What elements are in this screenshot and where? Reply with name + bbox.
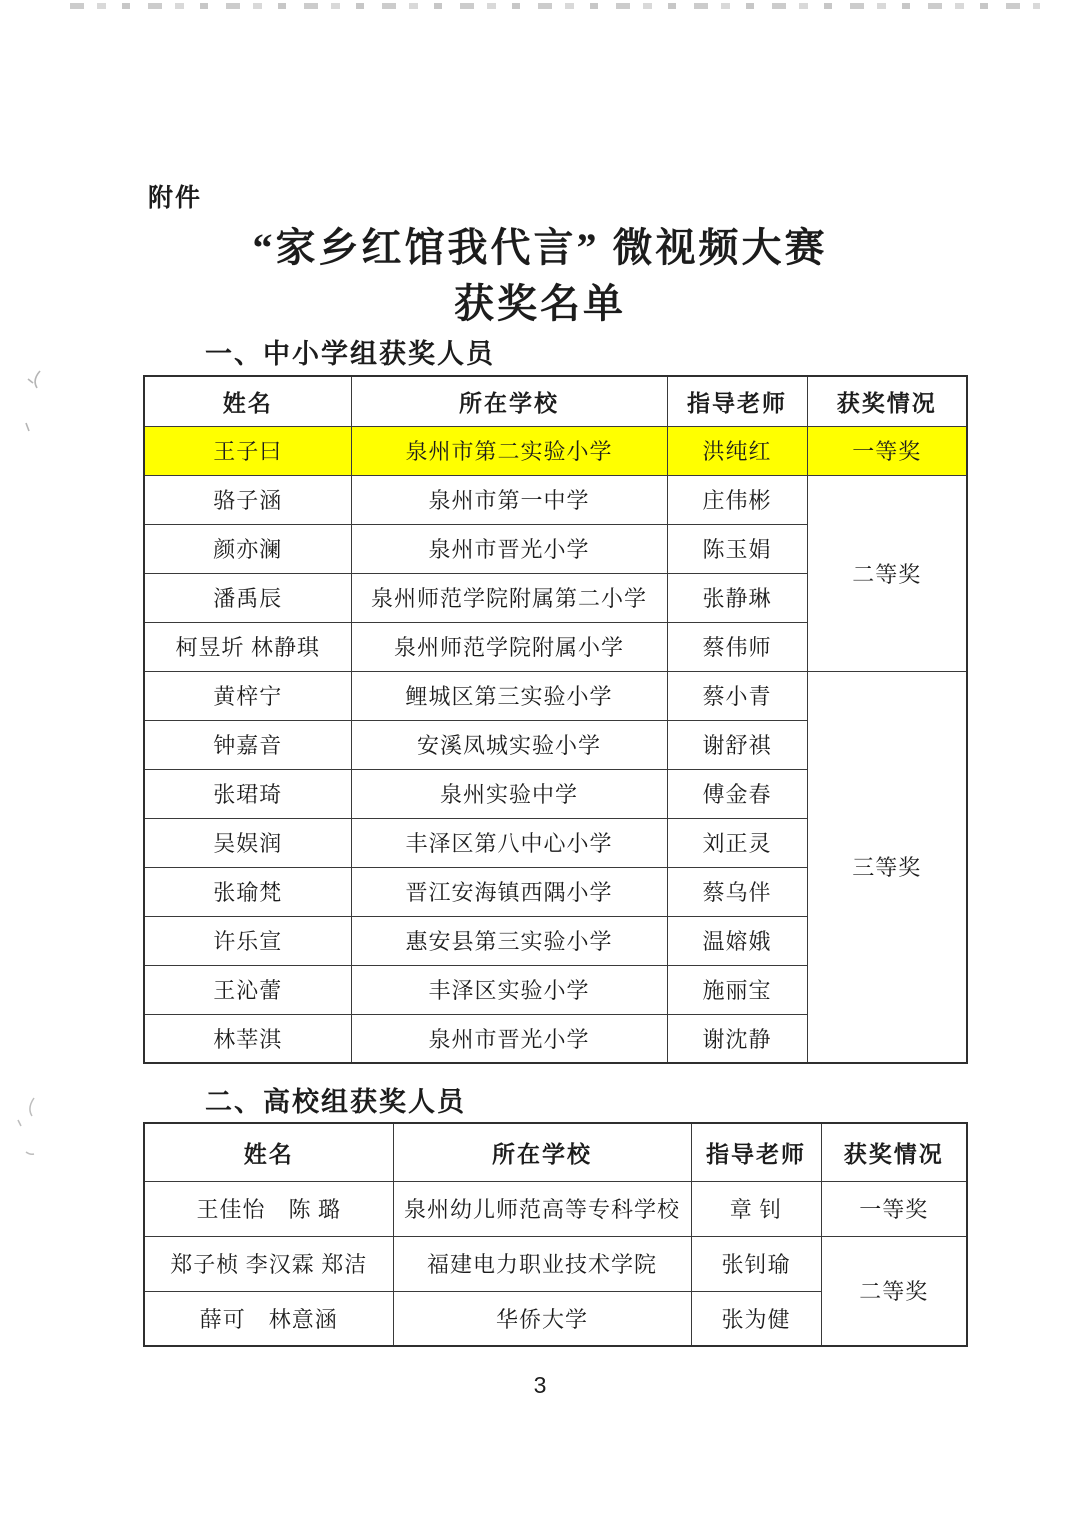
teacher-cell: 蔡乌伴 <box>667 867 807 916</box>
document-title-line1: “家乡红馆我代言” 微视频大赛 <box>0 216 1080 273</box>
table-header: 姓名所在学校指导老师获奖情况 <box>144 1123 967 1181</box>
award-cell: 一等奖 <box>821 1181 967 1236</box>
teacher-cell: 傅金春 <box>667 769 807 818</box>
section-1-heading: 一、中小学组获奖人员 <box>205 332 495 371</box>
name-cell: 郑子桢 李汉霖 郑洁 <box>144 1236 393 1291</box>
scan-noise-band <box>70 3 1040 9</box>
table-row: 王佳怡 陈 璐泉州幼儿师范高等专科学校章 钊一等奖 <box>144 1181 967 1236</box>
award-cell: 一等奖 <box>807 426 967 475</box>
teacher-cell: 温嫆娥 <box>667 916 807 965</box>
school-cell: 晋江安海镇西隅小学 <box>351 867 667 916</box>
teacher-cell: 谢沈静 <box>667 1014 807 1063</box>
teacher-cell: 陈玉娟 <box>667 524 807 573</box>
award-cell: 三等奖 <box>807 671 967 1063</box>
teacher-cell: 蔡小青 <box>667 671 807 720</box>
table-row: 黄梓宁鲤城区第三实验小学蔡小青三等奖 <box>144 671 967 720</box>
teacher-cell: 章 钊 <box>691 1181 821 1236</box>
school-cell: 泉州市第一中学 <box>351 475 667 524</box>
name-cell: 骆子涵 <box>144 475 351 524</box>
name-cell: 许乐宣 <box>144 916 351 965</box>
header-row: 姓名所在学校指导老师获奖情况 <box>144 376 967 426</box>
school-cell: 泉州实验中学 <box>351 769 667 818</box>
name-cell: 张珺琦 <box>144 769 351 818</box>
award-cell: 二等奖 <box>807 475 967 671</box>
school-cell: 丰泽区第八中心小学 <box>351 818 667 867</box>
attachment-label: 附件 <box>148 178 202 214</box>
school-cell: 鲤城区第三实验小学 <box>351 671 667 720</box>
teacher-cell: 洪纯红 <box>667 426 807 475</box>
table-row: 骆子涵泉州市第一中学庄伟彬二等奖 <box>144 475 967 524</box>
school-cell: 泉州市晋光小学 <box>351 524 667 573</box>
school-cell: 泉州市第二实验小学 <box>351 426 667 475</box>
column-header: 获奖情况 <box>821 1123 967 1181</box>
name-cell: 颜亦澜 <box>144 524 351 573</box>
primary-school-awards-table: 姓名所在学校指导老师获奖情况 王子曰泉州市第二实验小学洪纯红一等奖骆子涵泉州市第… <box>143 375 968 1064</box>
school-cell: 华侨大学 <box>393 1291 691 1346</box>
name-cell: 柯昱圻 林静琪 <box>144 622 351 671</box>
school-cell: 泉州师范学院附属第二小学 <box>351 573 667 622</box>
school-cell: 泉州师范学院附属小学 <box>351 622 667 671</box>
award-cell: 二等奖 <box>821 1236 967 1346</box>
column-header: 姓名 <box>144 1123 393 1181</box>
scan-artifact <box>10 1090 50 1165</box>
header-row: 姓名所在学校指导老师获奖情况 <box>144 1123 967 1181</box>
school-cell: 泉州幼儿师范高等专科学校 <box>393 1181 691 1236</box>
name-cell: 薛可 林意涵 <box>144 1291 393 1346</box>
column-header: 指导老师 <box>691 1123 821 1181</box>
column-header: 姓名 <box>144 376 351 426</box>
teacher-cell: 张为健 <box>691 1291 821 1346</box>
name-cell: 王子曰 <box>144 426 351 475</box>
table-header: 姓名所在学校指导老师获奖情况 <box>144 376 967 426</box>
page-number: 3 <box>0 1372 1080 1399</box>
table-row: 郑子桢 李汉霖 郑洁福建电力职业技术学院张钊瑜二等奖 <box>144 1236 967 1291</box>
teacher-cell: 庄伟彬 <box>667 475 807 524</box>
table-row: 王子曰泉州市第二实验小学洪纯红一等奖 <box>144 426 967 475</box>
teacher-cell: 施丽宝 <box>667 965 807 1014</box>
name-cell: 王佳怡 陈 璐 <box>144 1181 393 1236</box>
teacher-cell: 谢舒祺 <box>667 720 807 769</box>
column-header: 所在学校 <box>351 376 667 426</box>
table-body: 王佳怡 陈 璐泉州幼儿师范高等专科学校章 钊一等奖郑子桢 李汉霖 郑洁福建电力职… <box>144 1181 967 1346</box>
name-cell: 黄梓宁 <box>144 671 351 720</box>
teacher-cell: 张静琳 <box>667 573 807 622</box>
name-cell: 潘禹辰 <box>144 573 351 622</box>
name-cell: 钟嘉音 <box>144 720 351 769</box>
name-cell: 张瑜梵 <box>144 867 351 916</box>
column-header: 获奖情况 <box>807 376 967 426</box>
college-awards-table: 姓名所在学校指导老师获奖情况 王佳怡 陈 璐泉州幼儿师范高等专科学校章 钊一等奖… <box>143 1122 968 1347</box>
name-cell: 吴娱润 <box>144 818 351 867</box>
school-cell: 福建电力职业技术学院 <box>393 1236 691 1291</box>
teacher-cell: 张钊瑜 <box>691 1236 821 1291</box>
teacher-cell: 刘正灵 <box>667 818 807 867</box>
scan-artifact <box>14 365 54 435</box>
table-body: 王子曰泉州市第二实验小学洪纯红一等奖骆子涵泉州市第一中学庄伟彬二等奖颜亦澜泉州市… <box>144 426 967 1063</box>
school-cell: 惠安县第三实验小学 <box>351 916 667 965</box>
teacher-cell: 蔡伟师 <box>667 622 807 671</box>
school-cell: 丰泽区实验小学 <box>351 965 667 1014</box>
section-2-heading: 二、高校组获奖人员 <box>205 1080 466 1119</box>
document-title-line2: 获奖名单 <box>0 272 1080 329</box>
school-cell: 泉州市晋光小学 <box>351 1014 667 1063</box>
name-cell: 林莘淇 <box>144 1014 351 1063</box>
school-cell: 安溪凤城实验小学 <box>351 720 667 769</box>
column-header: 指导老师 <box>667 376 807 426</box>
column-header: 所在学校 <box>393 1123 691 1181</box>
name-cell: 王沁蕾 <box>144 965 351 1014</box>
